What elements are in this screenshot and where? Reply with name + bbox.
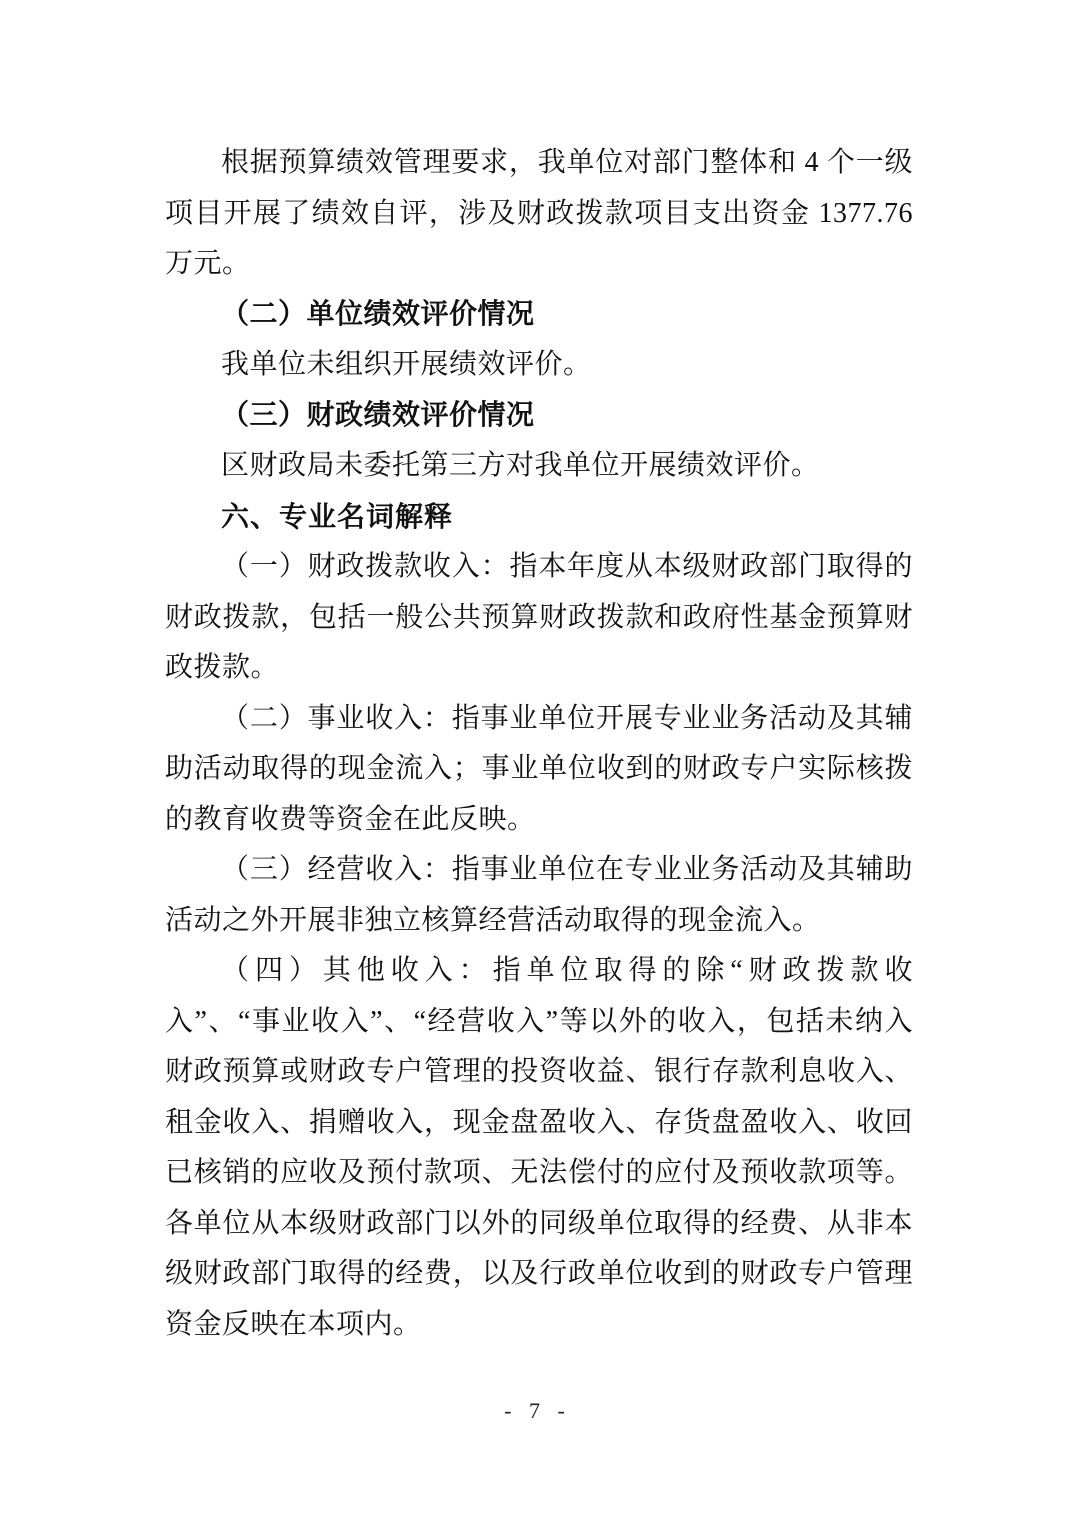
paragraph-definition-operating-income: （三）经营收入：指事业单位在专业业务活动及其辅助活动之外开展非独立核算经营活动取…: [165, 845, 913, 946]
chapter-heading-terminology: 六、专业名词解释: [165, 492, 913, 543]
paragraph-performance-self-evaluation: 根据预算绩效管理要求，我单位对部门整体和 4 个一级项目开展了绩效自评，涉及财政…: [165, 138, 913, 290]
paragraph-definition-fiscal-appropriation-income: （一）财政拨款收入：指本年度从本级财政部门取得的财政拨款，包括一般公共预算财政拨…: [165, 542, 913, 694]
paragraph-definition-business-income: （二）事业收入：指事业单位开展专业业务活动及其辅助活动取得的现金流入；事业单位收…: [165, 694, 913, 846]
paragraph-definition-other-income: （四）其他收入：指单位取得的除“财政拨款收入”、“事业收入”、“经营收入”等以外…: [165, 946, 913, 1350]
page-number: - 7 -: [0, 1398, 1075, 1424]
paragraph-no-third-party-evaluation: 区财政局未委托第三方对我单位开展绩效评价。: [165, 441, 913, 492]
document-body: 根据预算绩效管理要求，我单位对部门整体和 4 个一级项目开展了绩效自评，涉及财政…: [165, 138, 913, 1350]
section-heading-unit-performance-evaluation: （二）单位绩效评价情况: [165, 290, 913, 341]
document-page: 根据预算绩效管理要求，我单位对部门整体和 4 个一级项目开展了绩效自评，涉及财政…: [0, 0, 1075, 1520]
section-heading-fiscal-performance-evaluation: （三）财政绩效评价情况: [165, 391, 913, 442]
paragraph-no-unit-evaluation: 我单位未组织开展绩效评价。: [165, 340, 913, 391]
